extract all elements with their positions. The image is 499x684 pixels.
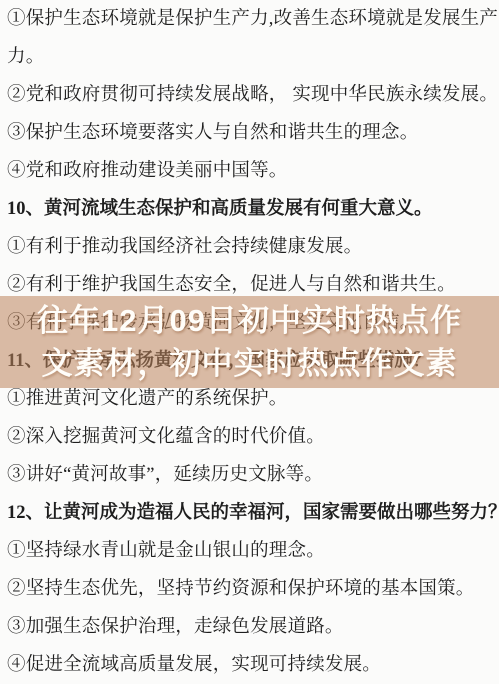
- answer-line-4: ④党和政府推动建设美丽中国等。: [7, 152, 493, 190]
- question-heading-10: 10、黄河流域生态保护和高质量发展有何重大意义。: [7, 190, 493, 228]
- answer-line-2: ②党和政府贯彻可持续发展战略， 实现中华民族永续发展。: [7, 76, 493, 114]
- watermark-title-line-1: 往年12月09日初中实时热点作: [37, 299, 462, 342]
- watermark-title-line-2: 文素材，初中实时热点作文素: [42, 342, 458, 385]
- answer-line-12: ②坚持生态优先，坚持节约资源和保护环境的基本国策。: [7, 570, 493, 608]
- watermark-banner: 往年12月09日初中实时热点作 文素材，初中实时热点作文素: [0, 296, 499, 388]
- answer-line-13: ③加强生态保护治理，走绿色发展道路。: [7, 608, 493, 646]
- answer-line-5: ①有利于推动我国经济社会持续健康发展。: [7, 228, 493, 266]
- question-heading-12: 12、让黄河成为造福人民的幸福河，国家需要做出哪些努力？: [7, 494, 493, 532]
- answer-line-1: ①保护生态环境就是保护生产力,改善生态环境就是发展生产: [7, 0, 493, 38]
- answer-line-9: ②深入挖掘黄河文化蕴含的时代价值。: [7, 418, 493, 456]
- answer-line-10: ③讲好“黄河故事”，延续历史文脉等。: [7, 456, 493, 494]
- answer-line-3: ③保护生态环境要落实人与自然和谐共生的理念。: [7, 114, 493, 152]
- answer-line-1-wrap: 力。: [7, 38, 493, 76]
- answer-line-14: ④促进全流域高质量发展，实现可持续发展。: [7, 646, 493, 684]
- answer-line-11: ①坚持绿水青山就是金山银山的理念。: [7, 532, 493, 570]
- document-page: ①保护生态环境就是保护生产力,改善生态环境就是发展生产 力。 ②党和政府贯彻可持…: [0, 0, 499, 684]
